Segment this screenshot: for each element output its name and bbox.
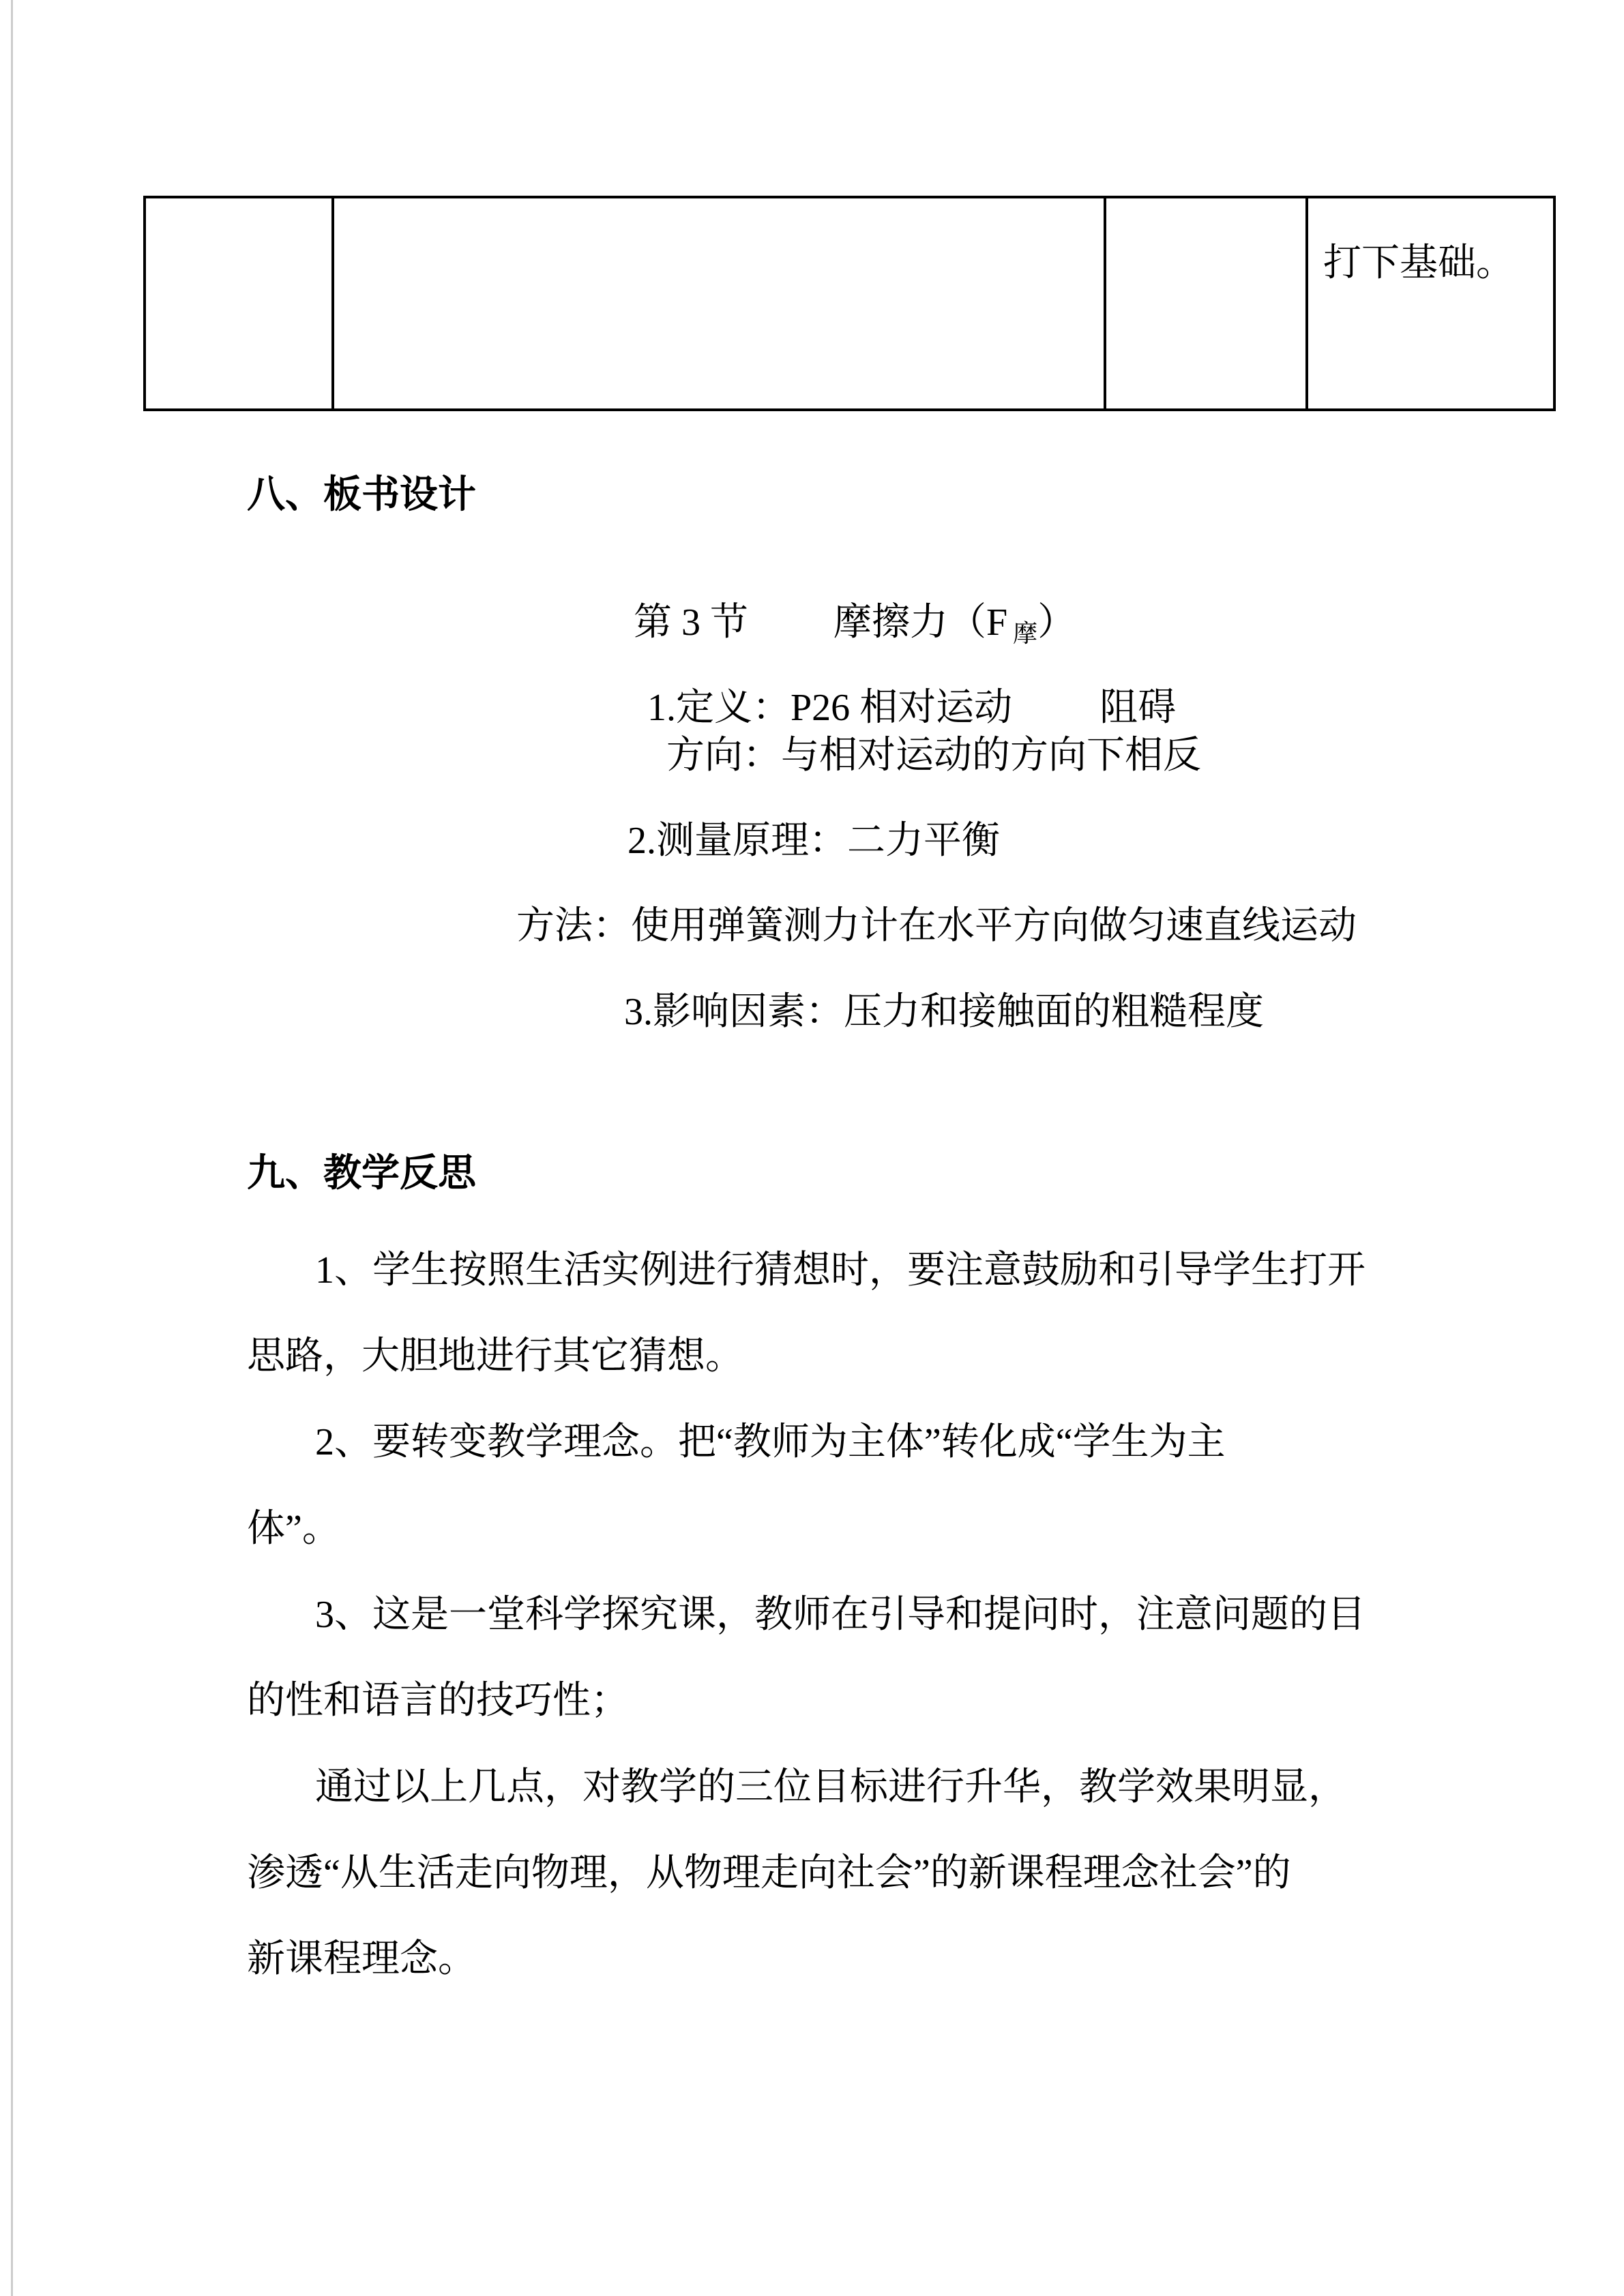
board-title-part2: 摩擦力（F (833, 603, 1007, 642)
section-heading-board-design: 八、板书设计 (247, 476, 476, 514)
board-title-part1: 第 3 节 (634, 601, 748, 644)
board-line-principle: 2.测量原理：二力平衡 (628, 822, 1000, 860)
section-heading-teaching-reflection: 九、教学反思 (247, 1154, 476, 1193)
reflection-line-6: 的性和语言的技巧性； (247, 1682, 629, 1720)
board-line-method: 方法：使用弹簧测力计在水平方向做匀速直线运动 (516, 907, 1357, 945)
table-cell-1 (145, 197, 333, 410)
table-cell-2 (333, 197, 1105, 410)
table-cell-3 (1105, 197, 1307, 410)
reflection-line-4: 体”。 (247, 1510, 340, 1548)
reflection-line-2: 思路，大胆地进行其它猜想。 (247, 1337, 743, 1375)
lesson-plan-table: 打下基础。 (143, 196, 1556, 411)
reflection-line-3: 2、要转变教学理念。把“教师为主体”转化成“学生为主 (315, 1423, 1226, 1461)
board-definition-part2: 阻碍 (1099, 689, 1176, 727)
document-page: 打下基础。 八、板书设计 第 3 节摩擦力（F摩） 1.定义：P26 相对运动阻… (0, 0, 1624, 2296)
table-row: 打下基础。 (145, 197, 1554, 410)
board-line-direction: 方向：与相对运动的方向下相反 (666, 736, 1201, 775)
table-cell-remark: 打下基础。 (1307, 197, 1554, 410)
reflection-line-8: 渗透“从生活走向物理，从物理走向社会”的新课程理念社会”的 (247, 1854, 1291, 1892)
board-title-subscript: 摩 (1013, 620, 1037, 647)
reflection-line-9: 新课程理念。 (247, 1940, 476, 1978)
scan-edge-line (11, 0, 13, 2296)
reflection-line-1: 1、学生按照生活实例进行猜想时，要注意鼓励和引导学生打开 (315, 1251, 1365, 1289)
reflection-line-5: 3、这是一堂科学探究课，教师在引导和提问时，注意问题的目 (315, 1596, 1365, 1634)
board-title-part3: ） (1037, 601, 1076, 644)
reflection-line-7: 通过以上几点，对教学的三位目标进行升华，教学效果明显， (315, 1768, 1346, 1806)
board-line-factors: 3.影响因素：压力和接触面的粗糙程度 (624, 993, 1264, 1031)
board-definition-part1: 1.定义：P26 相对运动 (647, 687, 1012, 729)
